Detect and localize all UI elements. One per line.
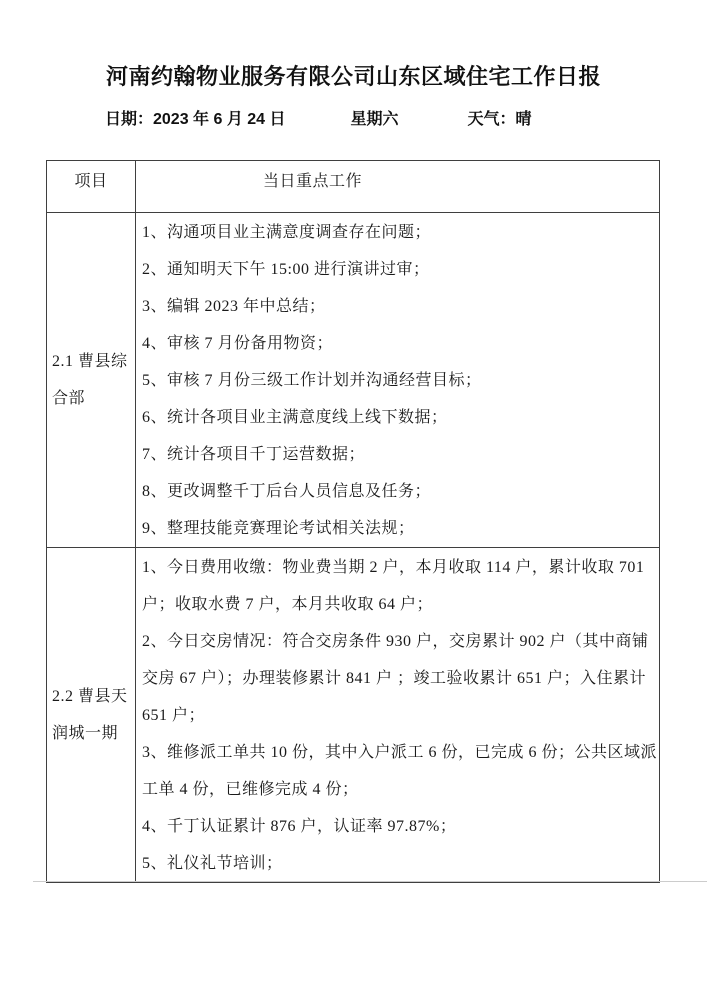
project-label: 2.2 曹县天润城一期	[47, 548, 136, 883]
project-label: 2.1 曹县综合部	[47, 213, 136, 548]
weather-value: 天气：晴	[468, 111, 532, 128]
work-item: 9、整理技能竞赛理论考试相关法规；	[142, 510, 658, 547]
work-item: 1、沟通项目业主满意度调查存在问题；	[142, 214, 658, 251]
table-row-caoxian-zonghebu: 2.1 曹县综合部 1、沟通项目业主满意度调查存在问题； 2、通知明天下午 15…	[47, 213, 660, 548]
work-items-cell: 1、今日费用收缴：物业费当期 2 户，本月收取 114 户，累计收取 701 户…	[136, 548, 660, 883]
work-item: 3、编辑 2023 年中总结；	[142, 288, 658, 325]
work-item: 8、更改调整千丁后台人员信息及任务；	[142, 473, 658, 510]
work-item: 5、礼仪礼节培训；	[142, 845, 658, 882]
column-header-project: 项目	[47, 161, 136, 213]
text-boundary-line	[33, 881, 707, 882]
daily-report-table: 项目 当日重点工作 2.1 曹县综合部 1、沟通项目业主满意度调查存在问题； 2…	[46, 160, 660, 883]
work-item: 3、维修派工单共 10 份，其中入户派工 6 份，已完成 6 份；公共区域派工单…	[142, 734, 658, 808]
column-header-work: 当日重点工作	[136, 161, 660, 213]
work-item: 2、通知明天下午 15:00 进行演讲过审；	[142, 251, 658, 288]
page-title: 河南约翰物业服务有限公司山东区域住宅工作日报	[0, 61, 707, 93]
table-row-caoxian-tianruncheng: 2.2 曹县天润城一期 1、今日费用收缴：物业费当期 2 户，本月收取 114 …	[47, 548, 660, 883]
work-items-cell: 1、沟通项目业主满意度调查存在问题； 2、通知明天下午 15:00 进行演讲过审…	[136, 213, 660, 548]
date-line: 日期：2023 年 6 月 24 日星期六天气：晴	[0, 108, 707, 132]
work-item: 4、千丁认证累计 876 户，认证率 97.87%；	[142, 808, 658, 845]
weekday-value: 星期六	[351, 111, 399, 128]
table-header-row: 项目 当日重点工作	[47, 161, 660, 213]
document-page: 河南约翰物业服务有限公司山东区域住宅工作日报 日期：2023 年 6 月 24 …	[0, 0, 707, 999]
work-item: 7、统计各项目千丁运营数据；	[142, 436, 658, 473]
work-item: 5、审核 7 月份三级工作计划并沟通经营目标；	[142, 362, 658, 399]
work-item: 2、今日交房情况：符合交房条件 930 户，交房累计 902 户（其中商铺交房 …	[142, 623, 658, 734]
work-item: 4、审核 7 月份备用物资；	[142, 325, 658, 362]
work-item: 6、统计各项目业主满意度线上线下数据；	[142, 399, 658, 436]
work-item: 1、今日费用收缴：物业费当期 2 户，本月收取 114 户，累计收取 701 户…	[142, 549, 658, 623]
date-value: 日期：2023 年 6 月 24 日	[105, 111, 286, 128]
